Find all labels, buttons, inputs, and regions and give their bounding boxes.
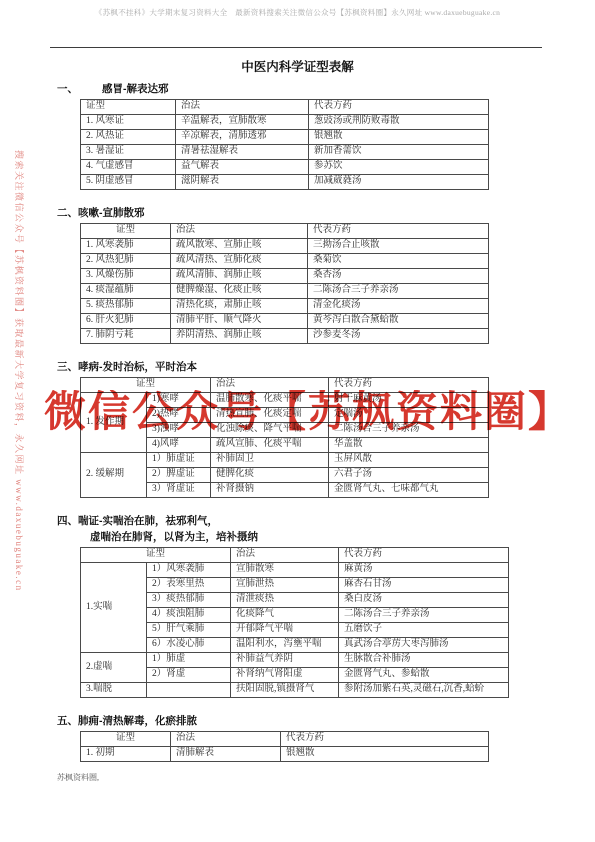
column-header: 证型: [81, 100, 176, 115]
section-title: 感冒-解表达邪: [102, 83, 169, 95]
table-cell: 金匮肾气丸、七味都气丸: [329, 483, 489, 498]
column-header: 治法: [176, 100, 309, 115]
table-row: 3. 暑湿证清暑祛湿解表新加香薷饮: [81, 145, 489, 160]
table-row: 2. 缓解期1）肺虚证补肺固卫玉屏风散: [81, 453, 489, 468]
table-cell: 清热化痰，肃肺止咳: [171, 299, 308, 314]
table-cell: 补肺益气养阴: [231, 653, 339, 668]
table-cell: 1）风寒袭肺: [147, 563, 231, 578]
table-cell: 健脾化痰: [211, 468, 329, 483]
table-cell: 清泄痰热: [231, 593, 339, 608]
section-heading: 四、喘证-实喘治在肺，祛邪利气，: [57, 513, 595, 528]
table-cell: 二陈汤合三子养亲汤: [329, 423, 489, 438]
table-cell: 2)热哮: [147, 408, 211, 423]
section-heading: 三、哮病-发时治标，平时治本: [57, 359, 595, 374]
column-header: 代表方药: [308, 224, 489, 239]
table-cell: 银翘散: [309, 130, 489, 145]
table-row: 2. 风热证辛凉解表，清肺透邪银翘散: [81, 130, 489, 145]
column-header: 证型: [81, 224, 171, 239]
table-row: 3. 风燥伤肺疏风清肺、润肺止咳桑杏汤: [81, 269, 489, 284]
table-cell: 清肺平肝、顺气降火: [171, 314, 308, 329]
table-cell: 新加香薷饮: [309, 145, 489, 160]
table-header-row: 证型治法代表方药: [81, 548, 509, 563]
table-row: 4. 痰湿蕴肺健脾燥湿、化痰止咳二陈汤合三子养亲汤: [81, 284, 489, 299]
section-number: 五、: [57, 715, 78, 727]
table-cell: 1)寒哮: [147, 393, 211, 408]
group-cell: 1. 发作期: [81, 393, 147, 453]
table-cell: 补肾摄钠: [211, 483, 329, 498]
table-cell: 1. 风寒袭肺: [81, 239, 171, 254]
table-cell: 6）水凌心肺: [147, 638, 231, 653]
table-cell: 1. 初期: [81, 747, 171, 762]
table-header-row: 证型治法代表方药: [81, 224, 489, 239]
table-row: 1.实喘1）风寒袭肺宣肺散寒麻黄汤: [81, 563, 509, 578]
section-3: 三、哮病-发时治标，平时治本证型治法代表方药1. 发作期1)寒哮温肺散寒、化痰平…: [0, 359, 595, 498]
table-row: 1. 发作期1)寒哮温肺散寒、化痰平喘射干麻黄汤: [81, 393, 489, 408]
table-row: 1. 风寒袭肺疏风散寒、宣肺止咳三拗汤合止咳散: [81, 239, 489, 254]
section-heading: 一、感冒-解表达邪: [57, 81, 595, 96]
table-cell: 桑杏汤: [308, 269, 489, 284]
column-header: 治法: [171, 224, 308, 239]
table-cell: 补肾纳气肾阳虚: [231, 668, 339, 683]
table-row: 6. 肝火犯肺清肺平肝、顺气降火黄芩泻白散合黛蛤散: [81, 314, 489, 329]
table-cell: 益气解表: [176, 160, 309, 175]
table-cell: 疏风清热、宣肺化痰: [171, 254, 308, 269]
table-cell: 葱豉汤或荆防败毒散: [309, 115, 489, 130]
table-row: 3.喘脱扶阳固脱,镇摄肾气参附汤加紫石英,灵磁石,沉香,蛤蚧: [81, 683, 509, 698]
table-cell: 麻黄汤: [339, 563, 509, 578]
table-cell: 二陈汤合三子养亲汤: [308, 284, 489, 299]
section-title: 哮病-发时治标，平时治本: [78, 361, 197, 373]
table-cell: 定喘汤: [329, 408, 489, 423]
table-row: 2.虚喘1）肺虚补肺益气养阴生脉散合补肺汤: [81, 653, 509, 668]
syndrome-table-2: 证型治法代表方药1. 风寒袭肺疏风散寒、宣肺止咳三拗汤合止咳散2. 风热犯肺疏风…: [80, 223, 489, 344]
table-cell: 五磨饮子: [339, 623, 509, 638]
table-cell: 疏风宣肺、化痰平喘: [211, 438, 329, 453]
section-title: 咳嗽-宣肺散邪: [78, 207, 145, 219]
table-cell: 二陈汤合三子养亲汤: [339, 608, 509, 623]
table-cell: 补肺固卫: [211, 453, 329, 468]
table-cell: 桑菊饮: [308, 254, 489, 269]
table-cell: 参附汤加紫石英,灵磁石,沉香,蛤蚧: [339, 683, 509, 698]
table-cell: 桑白皮汤: [339, 593, 509, 608]
section-4: 四、喘证-实喘治在肺，祛邪利气，虚喘治在肺肾，以肾为主，培补摄纳证型治法代表方药…: [0, 513, 595, 698]
table-cell: 辛温解表，宣肺散寒: [176, 115, 309, 130]
section-number: 三、: [57, 361, 78, 373]
table-cell: 化痰降气: [231, 608, 339, 623]
section-subtitle: 虚喘治在肺肾，以肾为主，培补摄纳: [90, 529, 595, 544]
table-row: 1. 初期清肺解表银翘散: [81, 747, 489, 762]
table-cell: 金匮肾气丸、参蛤散: [339, 668, 509, 683]
table-cell: 化浊除痰、降气平喘: [211, 423, 329, 438]
table-cell: 7. 肺阴亏耗: [81, 329, 171, 344]
column-header: 治法: [211, 378, 329, 393]
column-header: 代表方药: [329, 378, 489, 393]
table-cell: 健脾燥湿、化痰止咳: [171, 284, 308, 299]
table-cell: 3. 风燥伤肺: [81, 269, 171, 284]
table-cell: 宣肺泄热: [231, 578, 339, 593]
group-cell: 1.实喘: [81, 563, 147, 653]
document-page: 《苏枫不挂科》大学期末复习资料大全 最新资料搜索关注微信公众号【苏枫资料圈】永久…: [0, 0, 595, 842]
section-number: 四、: [57, 515, 78, 527]
table-cell: 扶阳固脱,镇摄肾气: [231, 683, 339, 698]
table-cell: 5）肝气乘肺: [147, 623, 231, 638]
table-header-row: 证型治法代表方药: [81, 100, 489, 115]
table-cell: 养阴清热、润肺止咳: [171, 329, 308, 344]
column-header: 代表方药: [281, 732, 489, 747]
column-header: 代表方药: [309, 100, 489, 115]
table-cell: 辛凉解表，清肺透邪: [176, 130, 309, 145]
table-cell: 4)风哮: [147, 438, 211, 453]
section-2: 二、咳嗽-宣肺散邪证型治法代表方药1. 风寒袭肺疏风散寒、宣肺止咳三拗汤合止咳散…: [0, 205, 595, 344]
table-cell: 麻杏石甘汤: [339, 578, 509, 593]
table-row: 7. 肺阴亏耗养阴清热、润肺止咳沙参麦冬汤: [81, 329, 489, 344]
page-header-text: 《苏枫不挂科》大学期末复习资料大全 最新资料搜索关注微信公众号【苏枫资料圈】永久…: [0, 7, 595, 18]
table-cell: 三拗汤合止咳散: [308, 239, 489, 254]
page-title: 中医内科学证型表解: [0, 57, 595, 75]
table-row: 4. 气虚感冒益气解表参苏饮: [81, 160, 489, 175]
table-cell: 5. 阴虚感冒: [81, 175, 176, 190]
table-cell: 清暑祛湿解表: [176, 145, 309, 160]
sections-container: 一、感冒-解表达邪证型治法代表方药1. 风寒证辛温解表，宣肺散寒葱豉汤或荆防败毒…: [0, 81, 595, 762]
table-cell: 沙参麦冬汤: [308, 329, 489, 344]
table-row: 1. 风寒证辛温解表，宣肺散寒葱豉汤或荆防败毒散: [81, 115, 489, 130]
section-title: 喘证-实喘治在肺，祛邪利气，: [78, 515, 218, 527]
column-header: 证型: [81, 732, 171, 747]
table-cell: 1）肺虚证: [147, 453, 211, 468]
table-cell: 滋阴解表: [176, 175, 309, 190]
table-cell: 清热宣肺、化痰定喘: [211, 408, 329, 423]
syndrome-table-1: 证型治法代表方药1. 风寒证辛温解表，宣肺散寒葱豉汤或荆防败毒散2. 风热证辛凉…: [80, 99, 489, 190]
table-cell: 3）肾虚证: [147, 483, 211, 498]
table-cell: 3. 暑湿证: [81, 145, 176, 160]
group-cell: 3.喘脱: [81, 683, 147, 698]
table-cell: 清肺解表: [171, 747, 281, 762]
table-cell: 真武汤合葶苈大枣泻肺汤: [339, 638, 509, 653]
table-cell: 开郁降气平喘: [231, 623, 339, 638]
table-cell: 疏风清肺、润肺止咳: [171, 269, 308, 284]
table-cell: 华盖散: [329, 438, 489, 453]
table-cell: 1）肺虚: [147, 653, 231, 668]
syndrome-table-3: 证型治法代表方药1. 发作期1)寒哮温肺散寒、化痰平喘射干麻黄汤2)热哮清热宣肺…: [80, 377, 489, 498]
table-cell: 2. 风热证: [81, 130, 176, 145]
table-cell: 参苏饮: [309, 160, 489, 175]
table-cell: 玉屏风散: [329, 453, 489, 468]
table-cell: 1. 风寒证: [81, 115, 176, 130]
table-row: 2. 风热犯肺疏风清热、宣肺化痰桑菊饮: [81, 254, 489, 269]
section-number: 二、: [57, 207, 78, 219]
table-cell: 黄芩泻白散合黛蛤散: [308, 314, 489, 329]
table-cell: 加减葳蕤汤: [309, 175, 489, 190]
table-cell: 2）脾虚证: [147, 468, 211, 483]
document-content: 中医内科学证型表解 一、感冒-解表达邪证型治法代表方药1. 风寒证辛温解表，宣肺…: [0, 55, 595, 783]
table-cell: 4）痰浊阻肺: [147, 608, 231, 623]
section-heading: 五、肺痈-清热解毒，化瘀排脓: [57, 713, 595, 728]
footer-text: 苏枫资料圈,: [57, 772, 595, 783]
section-5: 五、肺痈-清热解毒，化瘀排脓证型治法代表方药1. 初期清肺解表银翘散: [0, 713, 595, 762]
table-cell: 清金化痰汤: [308, 299, 489, 314]
group-cell: 2.虚喘: [81, 653, 147, 683]
group-cell: 2. 缓解期: [81, 453, 147, 498]
table-cell: 宣肺散寒: [231, 563, 339, 578]
table-cell: 5. 痰热郁肺: [81, 299, 171, 314]
table-cell: 生脉散合补肺汤: [339, 653, 509, 668]
table-cell: 温阳利水，泻壅平喘: [231, 638, 339, 653]
table-cell: [147, 683, 231, 698]
section-title: 肺痈-清热解毒，化瘀排脓: [78, 715, 197, 727]
header-divider: [50, 47, 542, 48]
column-header: 证型: [81, 548, 231, 563]
syndrome-table-5: 证型治法代表方药1. 初期清肺解表银翘散: [80, 731, 489, 762]
column-header: 代表方药: [339, 548, 509, 563]
table-cell: 射干麻黄汤: [329, 393, 489, 408]
column-header: 证型: [81, 378, 211, 393]
section-number: 一、: [57, 83, 78, 95]
table-cell: 4. 痰湿蕴肺: [81, 284, 171, 299]
section-1: 一、感冒-解表达邪证型治法代表方药1. 风寒证辛温解表，宣肺散寒葱豉汤或荆防败毒…: [0, 81, 595, 190]
table-row: 5. 阴虚感冒滋阴解表加减葳蕤汤: [81, 175, 489, 190]
table-cell: 温肺散寒、化痰平喘: [211, 393, 329, 408]
table-header-row: 证型治法代表方药: [81, 732, 489, 747]
column-header: 治法: [231, 548, 339, 563]
table-cell: 4. 气虚感冒: [81, 160, 176, 175]
section-heading: 二、咳嗽-宣肺散邪: [57, 205, 595, 220]
table-cell: 2. 风热犯肺: [81, 254, 171, 269]
table-cell: 疏风散寒、宣肺止咳: [171, 239, 308, 254]
table-cell: 六君子汤: [329, 468, 489, 483]
column-header: 治法: [171, 732, 281, 747]
table-cell: 6. 肝火犯肺: [81, 314, 171, 329]
table-row: 5. 痰热郁肺清热化痰，肃肺止咳清金化痰汤: [81, 299, 489, 314]
table-header-row: 证型治法代表方药: [81, 378, 489, 393]
table-cell: 3）痰热郁肺: [147, 593, 231, 608]
table-cell: 2）肾虚: [147, 668, 231, 683]
table-cell: 银翘散: [281, 747, 489, 762]
table-cell: 3)浊哮: [147, 423, 211, 438]
syndrome-table-4: 证型治法代表方药1.实喘1）风寒袭肺宣肺散寒麻黄汤2）表寒里热宣肺泄热麻杏石甘汤…: [80, 547, 509, 698]
table-cell: 2）表寒里热: [147, 578, 231, 593]
